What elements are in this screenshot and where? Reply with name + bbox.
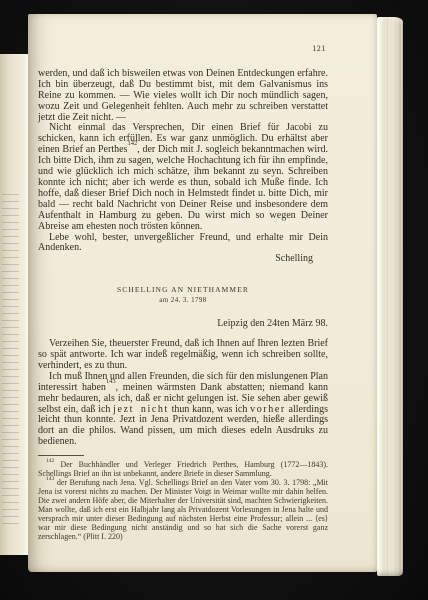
letter2-paragraph-1: Verzeihen Sie, theuerster Freund, daß ic… xyxy=(38,339,328,372)
book-scan-photo: 121 werden, und daß ich bisweilen etwas … xyxy=(0,0,428,600)
footnote-text: der Berufung nach Jena. Vgl. Schellings … xyxy=(38,478,328,541)
book-fore-edge xyxy=(377,17,403,576)
footnote-ref-143: 143 xyxy=(106,378,116,385)
text-run: thun kann, was ich xyxy=(169,404,250,415)
letterspaced-emphasis: jezt nicht xyxy=(113,404,169,415)
adjacent-page-text-blur xyxy=(2,194,19,524)
letter2-paragraph-2: Ich muß Ihnen und allen Freunden, die si… xyxy=(38,372,328,448)
letter1-paragraph-3: Lebe wohl, bester, unvergeßlicher Freund… xyxy=(38,233,328,255)
footnote-number: 142 xyxy=(46,458,54,464)
footnotes: 142 Der Buchhändler und Verleger Friedri… xyxy=(38,460,328,541)
footnote-number: 143 xyxy=(46,476,54,482)
letterspaced-emphasis: vorher xyxy=(250,404,286,415)
book-page: 121 werden, und daß ich bisweilen etwas … xyxy=(28,14,377,572)
dateline: Leipzig den 24ten März 98. xyxy=(38,319,328,330)
adjacent-page-sliver xyxy=(0,54,30,555)
letter-heading-date: am 24. 3. 1798 xyxy=(38,296,328,305)
page-content: 121 werden, und daß ich bisweilen etwas … xyxy=(38,44,328,541)
letter1-paragraph-continuation: werden, und daß ich bisweilen etwas von … xyxy=(38,69,328,124)
text-run: , der Dich mit J. sogleich bekanntmachen… xyxy=(38,144,328,231)
footnote-text: Der Buchhändler und Verleger Friedrich P… xyxy=(38,460,328,478)
footnote-ref-142: 142 xyxy=(127,140,137,147)
footnote-143: 143 der Berufung nach Jena. Vgl. Schelli… xyxy=(38,478,328,541)
letter-heading: SCHELLING AN NIETHAMMER xyxy=(38,285,328,294)
page-number: 121 xyxy=(38,44,328,55)
letter1-paragraph-2: Nicht einmal das Versprechen, Dir einen … xyxy=(38,123,328,232)
signature: Schelling xyxy=(38,254,328,265)
footnote-142: 142 Der Buchhändler und Verleger Friedri… xyxy=(38,460,328,478)
footnote-separator xyxy=(38,455,84,456)
